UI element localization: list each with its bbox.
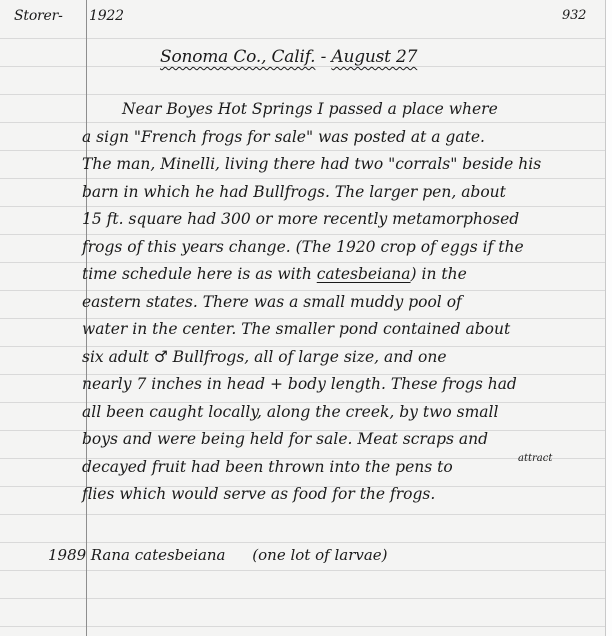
text-segment: time schedule here is as with [82,265,317,283]
species-name-underlined: catesbeiana [317,265,411,283]
catalog-entry: 1989 Rana catesbeiana (one lot of larvae… [48,546,388,564]
text-line: nearly 7 inches in head + body length. T… [82,371,602,399]
text-line: barn in which he had Bullfrogs. The larg… [82,179,602,207]
text-line: all been caught locally, along the creek… [82,399,602,427]
text-line: frogs of this years change. (The 1920 cr… [82,234,602,262]
heading-location: Sonoma Co., Calif. [160,47,315,67]
catalog-note: (one lot of larvae) [252,546,387,564]
text-segment: ) in the [411,265,467,283]
catalog-number: 1989 [48,546,86,564]
heading-separator: - [321,47,327,67]
heading-date: August 27 [331,47,417,67]
text-line: water in the center. The smaller pond co… [82,316,602,344]
insertion-word: attract [518,445,552,473]
entry-heading: Sonoma Co., Calif. - August 27 [160,47,417,67]
text-line: six adult ♂ Bullfrogs, all of large size… [82,344,602,372]
entry-year: 1922 [89,8,124,24]
text-line: Near Boyes Hot Springs I passed a place … [82,96,602,124]
text-segment: decayed fruit had been thrown into the p… [82,458,453,476]
journal-entry-body: Near Boyes Hot Springs I passed a place … [82,96,602,509]
text-line: 15 ft. square had 300 or more recently m… [82,206,602,234]
author-name: Storer- [14,8,63,24]
text-line: eastern states. There was a small muddy … [82,289,602,317]
page-number: 932 [562,8,586,23]
text-line: decayed fruit had been thrown into the p… [82,454,602,482]
text-line: flies which would serve as food for the … [82,481,602,509]
text-line: The man, Minelli, living there had two "… [82,151,602,179]
catalog-species: Rana catesbeiana [91,546,226,564]
page-edge [605,0,612,636]
text-line: a sign "French frogs for sale" was poste… [82,124,602,152]
text-line: time schedule here is as with catesbeian… [82,261,602,289]
